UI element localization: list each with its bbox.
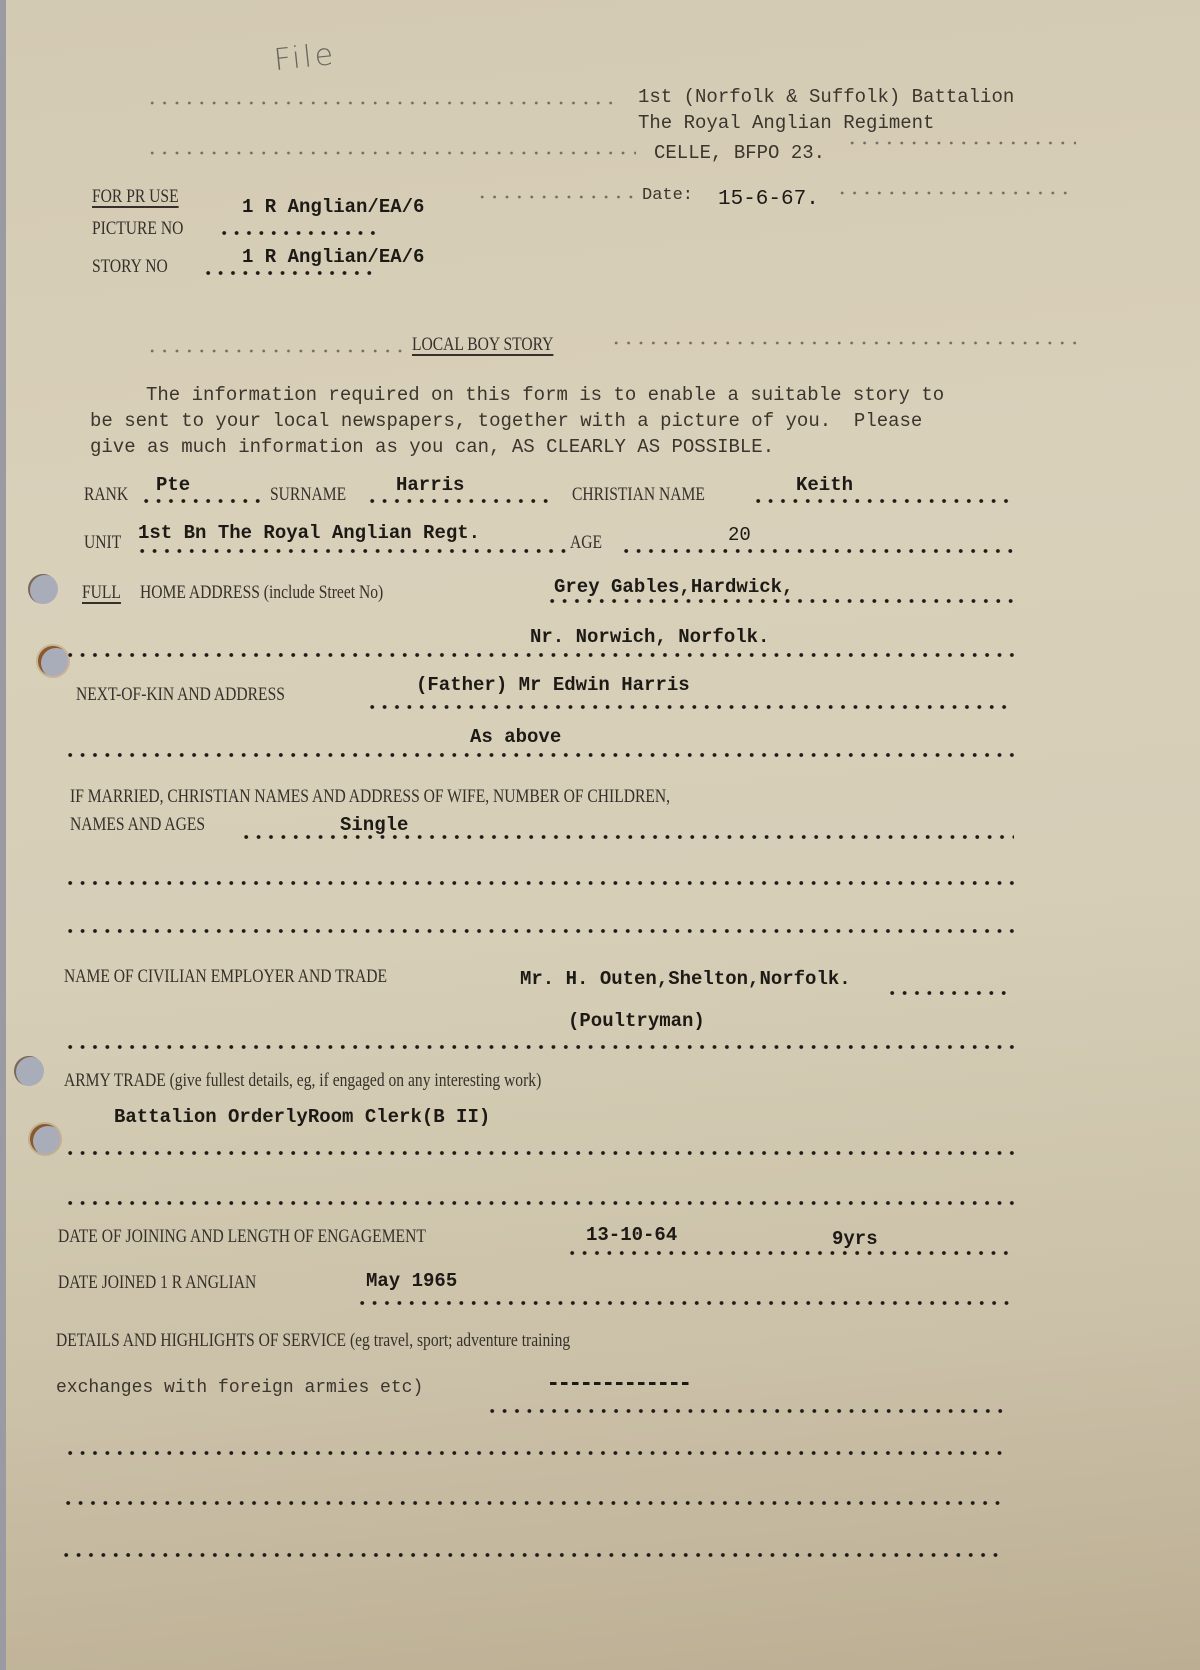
intro-line-1: The information required on this form is… (146, 384, 944, 406)
army-trade-label: ARMY TRADE (give fullest details, eg, if… (64, 1070, 541, 1092)
service-details-field-3[interactable] (62, 1500, 1002, 1506)
age-field[interactable] (620, 548, 1014, 554)
dotted-line (146, 348, 406, 354)
dotted-line (846, 140, 1076, 146)
date-joining-field[interactable] (566, 1250, 1014, 1256)
letterhead-battalion: 1st (Norfolk & Suffolk) Battalion (638, 86, 1014, 108)
unit-field[interactable] (136, 548, 566, 554)
civilian-employer-line-2: (Poultryman) (568, 1010, 705, 1032)
punch-hole-torn-icon (38, 646, 68, 676)
rank-label: RANK (84, 484, 128, 506)
dotted-line (146, 150, 636, 156)
date-joined-unit-field[interactable] (356, 1300, 1014, 1306)
service-details-label-line-2: exchanges with foreign armies etc) (56, 1378, 423, 1398)
date-joining-label: DATE OF JOINING AND LENGTH OF ENGAGEMENT (58, 1226, 426, 1248)
letterhead-location: CELLE, BFPO 23. (654, 142, 825, 164)
christian-name-field[interactable] (752, 498, 1014, 504)
service-details-field-2[interactable] (64, 1450, 1004, 1456)
unit-value: 1st Bn The Royal Anglian Regt. (138, 522, 480, 544)
home-address-field-1[interactable] (546, 598, 1014, 604)
married-label-line-2: NAMES AND AGES (70, 814, 205, 836)
punch-hole-torn-icon (30, 1124, 60, 1154)
surname-value: Harris (396, 474, 464, 496)
date-value: 15-6-67. (718, 188, 819, 211)
story-no-dots (202, 270, 376, 276)
dotted-line (610, 340, 1080, 346)
date-joined-unit-value: May 1965 (366, 1270, 457, 1292)
dash-underline (550, 1382, 690, 1385)
married-field-1[interactable] (240, 834, 1014, 840)
surname-field[interactable] (366, 498, 554, 504)
date-label: Date: (642, 186, 693, 205)
married-value: Single (340, 814, 408, 836)
home-address-line-1: Grey Gables,Hardwick, (554, 576, 793, 598)
date-joining-value: 13-10-64 (586, 1224, 677, 1246)
army-trade-value: Battalion OrderlyRoom Clerk(B II) (114, 1106, 490, 1128)
home-address-full-label: FULL (82, 582, 121, 604)
married-field-3[interactable] (64, 928, 1014, 934)
christian-name-value: Keith (796, 474, 853, 496)
civilian-employer-field-1[interactable] (886, 990, 1014, 996)
pr-use-ref: 1 R Anglian/EA/6 (242, 196, 424, 218)
handwritten-file-note: File (272, 37, 338, 78)
engagement-length-value: 9yrs (832, 1228, 878, 1250)
age-value: 20 (728, 524, 751, 546)
pr-use-label: FOR PR USE (92, 186, 179, 208)
service-details-field-4[interactable] (60, 1552, 1000, 1558)
next-of-kin-field-2[interactable] (64, 752, 1014, 758)
story-no-value: 1 R Anglian/EA/6 (242, 246, 424, 268)
next-of-kin-line-2: As above (470, 726, 561, 748)
civilian-employer-field-2[interactable] (64, 1044, 1014, 1050)
letterhead-regiment: The Royal Anglian Regiment (638, 112, 934, 134)
picture-no-field[interactable] (218, 230, 378, 236)
next-of-kin-label: NEXT-OF-KIN AND ADDRESS (76, 684, 285, 706)
intro-line-3: give as much information as you can, AS … (90, 436, 774, 458)
dotted-line (476, 194, 636, 200)
civilian-employer-line-1: Mr. H. Outen,Shelton,Norfolk. (520, 968, 851, 990)
date-joined-unit-label: DATE JOINED 1 R ANGLIAN (58, 1272, 256, 1294)
army-trade-field-2[interactable] (64, 1200, 1014, 1206)
next-of-kin-line-1: (Father) Mr Edwin Harris (416, 674, 690, 696)
rank-field[interactable] (140, 498, 260, 504)
surname-label: SURNAME (270, 484, 346, 506)
married-label-line-1: IF MARRIED, CHRISTIAN NAMES AND ADDRESS … (70, 786, 670, 808)
rank-value: Pte (156, 474, 190, 496)
dotted-line (836, 190, 1076, 196)
age-label: AGE (570, 532, 602, 554)
army-trade-field-1[interactable] (64, 1150, 1014, 1156)
civilian-employer-label: NAME OF CIVILIAN EMPLOYER AND TRADE (64, 966, 387, 988)
punch-hole-icon (28, 574, 58, 604)
home-address-line-2: Nr. Norwich, Norfolk. (530, 626, 769, 648)
next-of-kin-field-1[interactable] (366, 704, 1014, 710)
intro-line-2: be sent to your local newspapers, togeth… (90, 410, 922, 432)
service-details-label-line-1: DETAILS AND HIGHLIGHTS OF SERVICE (eg tr… (56, 1330, 570, 1352)
service-details-field-1[interactable] (486, 1408, 1006, 1414)
form-page: File 1st (Norfolk & Suffolk) Battalion T… (6, 0, 1200, 1670)
story-no-label: STORY NO (92, 256, 168, 278)
punch-hole-icon (14, 1056, 44, 1086)
christian-name-label: CHRISTIAN NAME (572, 484, 705, 506)
home-address-field-2[interactable] (64, 652, 1014, 658)
picture-no-label: PICTURE NO (92, 218, 183, 240)
married-field-2[interactable] (64, 880, 1014, 886)
form-title: LOCAL BOY STORY (412, 334, 553, 356)
home-address-label: HOME ADDRESS (include Street No) (140, 582, 383, 604)
dotted-line (146, 100, 616, 106)
unit-label: UNIT (84, 532, 121, 554)
